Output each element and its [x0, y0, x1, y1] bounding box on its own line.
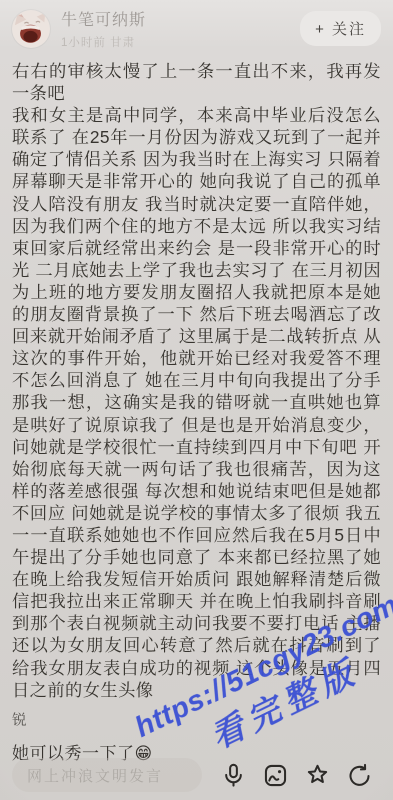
- author-info: 牛笔可纳斯 1小时前 甘肃: [61, 7, 300, 50]
- comment-username: 锐: [12, 709, 381, 730]
- avatar[interactable]: [12, 10, 50, 48]
- mic-icon[interactable]: [220, 762, 247, 789]
- post-detail-screen: 牛笔可纳斯 1小时前 甘肃 + 关注 右右的审核太慢了上一条一直出不来，我再发一…: [0, 0, 393, 800]
- popcat-meme-avatar: [12, 10, 50, 48]
- image-icon[interactable]: [262, 762, 289, 789]
- star-icon[interactable]: [304, 762, 331, 789]
- comment-input-placeholder: 网上冲浪文明发言: [27, 765, 163, 786]
- follow-button[interactable]: + 关注: [300, 11, 381, 46]
- author-username[interactable]: 牛笔可纳斯: [61, 7, 300, 30]
- post-body: 右右的审核太慢了上一条一直出不来，我再发一条吧 我和女主是高中同学，本来高中毕业…: [0, 54, 393, 701]
- comment-bar: 网上冲浪文明发言: [0, 750, 393, 800]
- post-paragraph: 右右的审核太慢了上一条一直出不来，我再发一条吧: [12, 60, 381, 104]
- comment-bar-icons: [202, 762, 381, 789]
- post-time-location: 1小时前 甘肃: [61, 34, 300, 50]
- comment-input[interactable]: 网上冲浪文明发言: [12, 758, 202, 792]
- share-icon[interactable]: [346, 762, 373, 789]
- post-paragraph: 我和女主是高中同学，本来高中毕业后没怎么联系了 在25年一月份因为游戏又玩到了一…: [12, 104, 381, 701]
- post-header: 牛笔可纳斯 1小时前 甘肃 + 关注: [0, 0, 393, 54]
